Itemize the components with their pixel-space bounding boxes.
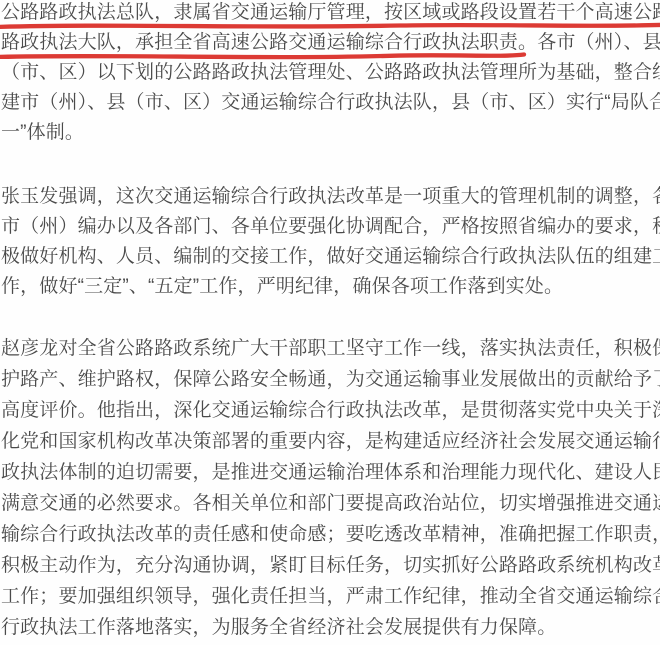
text-line: 化党和国家机构改革决策部署的重要内容，是构建适应经济社会发展交通运输行 bbox=[1, 426, 660, 457]
text-line: 护路产、维护路权，保障公路安全畅通，为交通运输事业发展做出的贡献给予了 bbox=[1, 364, 660, 395]
text-line: 积极主动作为，充分沟通协调，紧盯目标任务，切实抓好公路路政系统机构改革 bbox=[1, 550, 660, 581]
text-line: 一”体制。 bbox=[1, 118, 660, 148]
text-line: 满意交通的必然要求。各相关单位和部门要提高政治站位，切实增强推进交通运 bbox=[1, 488, 660, 519]
text-line: 工作；要加强组织领导，强化责任担当，严肃工作纪律，推动全省交通运输综合 bbox=[1, 581, 660, 612]
paragraph-3: 赵彦龙对全省公路路政系统广大干部职工坚守工作一线，落实执法责任，积极保 护路产、… bbox=[1, 333, 660, 643]
text-line: 公路路政执法总队，隶属省交通运输厅管理，按区域或路段设置若干个高速公路 bbox=[1, 0, 660, 28]
article-body: 公路路政执法总队，隶属省交通运输厅管理，按区域或路段设置若干个高速公路 路政执法… bbox=[1, 0, 660, 643]
text-line: 赵彦龙对全省公路路政系统广大干部职工坚守工作一线，落实执法责任，积极保 bbox=[1, 333, 660, 364]
article-page: 公路路政执法总队，隶属省交通运输厅管理，按区域或路段设置若干个高速公路 路政执法… bbox=[0, 0, 660, 645]
paragraph-1: 公路路政执法总队，隶属省交通运输厅管理，按区域或路段设置若干个高速公路 路政执法… bbox=[1, 0, 660, 148]
paragraph-2: 张玉发强调，这次交通运输综合行政执法改革是一项重大的管理机制的调整，各 市（州）… bbox=[1, 182, 660, 302]
text-line: 行政执法工作落地落实，为服务全省经济社会发展提供有力保障。 bbox=[1, 612, 660, 643]
text-line: 作，做好“三定”、“五定”工作，严明纪律，确保各项工作落到实处。 bbox=[1, 272, 660, 302]
text-line: 张玉发强调，这次交通运输综合行政执法改革是一项重大的管理机制的调整，各 bbox=[1, 182, 660, 212]
text-line: 建市（州）、县（市、区）交通运输综合行政执法队，县（市、区）实行“局队合 bbox=[1, 88, 660, 118]
text-line: 市（州）编办以及各部门、各单位要强化协调配合，严格按照省编办的要求，积 bbox=[1, 212, 660, 242]
text-line: 输综合行政执法改革的责任感和使命感；要吃透改革精神，准确把握工作职责， bbox=[1, 519, 660, 550]
text-line: 政执法体制的迫切需要，是推进交通运输治理体系和治理能力现代化、建设人民 bbox=[1, 457, 660, 488]
text-line: （市、区）以下划的公路路政执法管理处、公路路政执法管理所为基础，整合组 bbox=[1, 58, 660, 88]
text-line: 极做好机构、人员、编制的交接工作，做好交通运输综合行政执法队伍的组建工 bbox=[1, 242, 660, 272]
text-line: 路政执法大队，承担全省高速公路交通运输综合行政执法职责。各市（州）、县 bbox=[1, 28, 660, 58]
text-line: 高度评价。他指出，深化交通运输综合行政执法改革，是贯彻落实党中央关于深 bbox=[1, 395, 660, 426]
